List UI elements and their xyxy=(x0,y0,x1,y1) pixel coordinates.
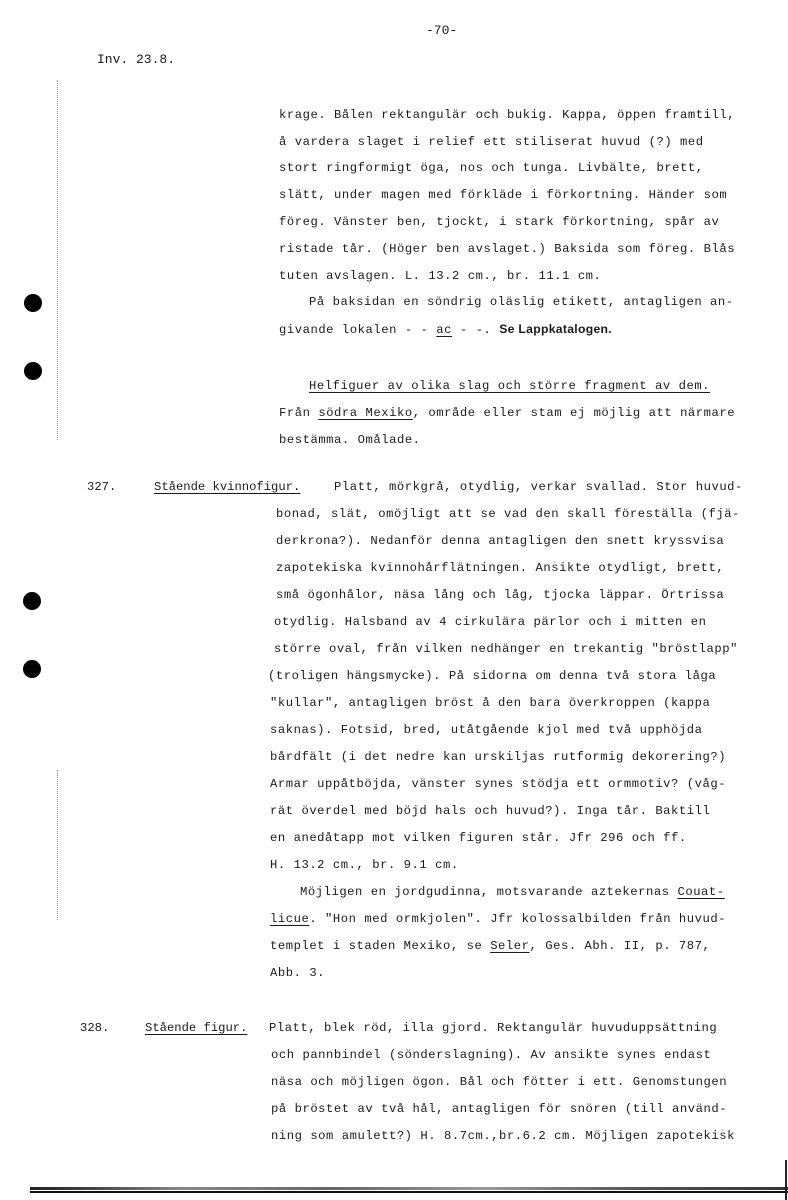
entry-title: Stående kvinnofigur. xyxy=(154,480,300,494)
section-heading: Helfiguer av olika slag och större fragm… xyxy=(309,379,710,393)
text-span: givande lokalen - - xyxy=(279,323,436,337)
text-span: , område eller stam ej möjlig att närmar… xyxy=(413,406,735,420)
text-line: större oval, från vilken nedhänger en tr… xyxy=(274,642,738,656)
text-line: (troligen hängsmycke). På sidorna om den… xyxy=(268,669,716,683)
text-line: givande lokalen - - ac - -. Se Lappkatal… xyxy=(279,322,612,337)
text-line: otydlig. Halsband av 4 cirkulära pärlor … xyxy=(274,615,707,629)
text-line: rät överdel med böjd hals och huvud?). I… xyxy=(270,804,710,818)
text-line: krage. Bålen rektangulär och bukig. Kapp… xyxy=(279,108,735,122)
text-line: näsa och möjligen ögon. Bål och fötter i… xyxy=(271,1075,727,1089)
page-number: -70- xyxy=(426,23,457,38)
text-span: , Ges. Abh. II, p. 787, xyxy=(530,939,711,953)
underlined-text: södra Mexiko xyxy=(318,406,412,420)
text-line: Abb. 3. xyxy=(270,966,325,980)
text-span: . "Hon med ormkjolen". Jfr kolossalbilde… xyxy=(309,912,726,926)
punch-hole xyxy=(24,362,42,380)
margin-rule xyxy=(57,770,59,920)
text-line: Armar uppåtböjda, vänster synes stödja e… xyxy=(270,777,726,791)
text-line: H. 13.2 cm., br. 9.1 cm. xyxy=(270,858,459,872)
text-line: på bröstet av två hål, antagligen för sn… xyxy=(271,1102,727,1116)
text-line: derkrona?). Nedanför denna antagligen de… xyxy=(276,534,724,548)
text-line: bestämma. Omålade. xyxy=(279,433,421,447)
text-line: ning som amulett?) H. 8.7cm.,br.6.2 cm. … xyxy=(271,1129,735,1143)
text-line: små ögonhålor, näsa lång och låg, tjocka… xyxy=(276,588,724,602)
margin-rule xyxy=(57,80,59,440)
text-span: Möjligen en jordgudinna, motsvarande azt… xyxy=(300,885,677,899)
text-line: å vardera slaget i relief ett stiliserat… xyxy=(279,135,704,149)
text-line: Från södra Mexiko, område eller stam ej … xyxy=(279,406,735,420)
text-line: "kullar", antagligen bröst å den bara öv… xyxy=(270,696,710,710)
entry-title: Stående figur. xyxy=(145,1021,247,1035)
underlined-text: Couat- xyxy=(677,885,724,899)
scan-edge xyxy=(30,1187,788,1190)
text-line: Möjligen en jordgudinna, motsvarande azt… xyxy=(300,885,725,899)
inventory-reference: Inv. 23.8. xyxy=(97,52,175,67)
text-line: templet i staden Mexiko, se Seler, Ges. … xyxy=(270,939,710,953)
entry-number: 328. xyxy=(80,1021,109,1035)
entry-number: 327. xyxy=(87,480,116,494)
text-line: bårdfält (i det nedre kan urskiljas rutf… xyxy=(270,750,726,764)
text-line: tuten avslagen. L. 13.2 cm., br. 11.1 cm… xyxy=(279,269,601,283)
scan-edge xyxy=(785,1160,787,1200)
catalog-reference: Se Lappkatalogen. xyxy=(499,322,612,336)
text-line: ristade tår. (Höger ben avslaget.) Baksi… xyxy=(279,242,735,256)
text-line: och pannbindel (sönderslagning). Av ansi… xyxy=(271,1048,711,1062)
text-line: Platt, mörkgrå, otydlig, verkar svallad.… xyxy=(334,480,743,494)
underlined-text: Seler xyxy=(490,939,529,953)
text-line: På baksidan en söndrig oläslig etikett, … xyxy=(309,295,734,309)
underlined-text: ac xyxy=(436,323,452,337)
underlined-text: licue xyxy=(270,912,309,926)
scan-edge xyxy=(30,1191,788,1193)
text-line: en anedåtapp mot vilken figuren står. Jf… xyxy=(270,831,687,845)
text-span: - -. xyxy=(452,323,499,337)
text-span: Från xyxy=(279,406,318,420)
text-line: licue. "Hon med ormkjolen". Jfr kolossal… xyxy=(270,912,726,926)
text-line: zapotekiska kvinnohårflätningen. Ansikte… xyxy=(276,561,724,575)
punch-hole xyxy=(24,294,42,312)
punch-hole xyxy=(23,592,41,610)
text-line: saknas). Fotsid, bred, utåtgående kjol m… xyxy=(270,723,703,737)
text-line: föreg. Vänster ben, tjockt, i stark förk… xyxy=(279,215,719,229)
text-span: templet i staden Mexiko, se xyxy=(270,939,490,953)
text-line: bonad, slät, omöjligt att se vad den ska… xyxy=(276,507,740,521)
text-line: stort ringformigt öga, nos och tunga. Li… xyxy=(279,161,704,175)
punch-hole xyxy=(23,660,41,678)
text-line: slätt, under magen med förkläde i förkor… xyxy=(279,188,727,202)
text-line: Platt, blek röd, illa gjord. Rektangulär… xyxy=(269,1021,717,1035)
